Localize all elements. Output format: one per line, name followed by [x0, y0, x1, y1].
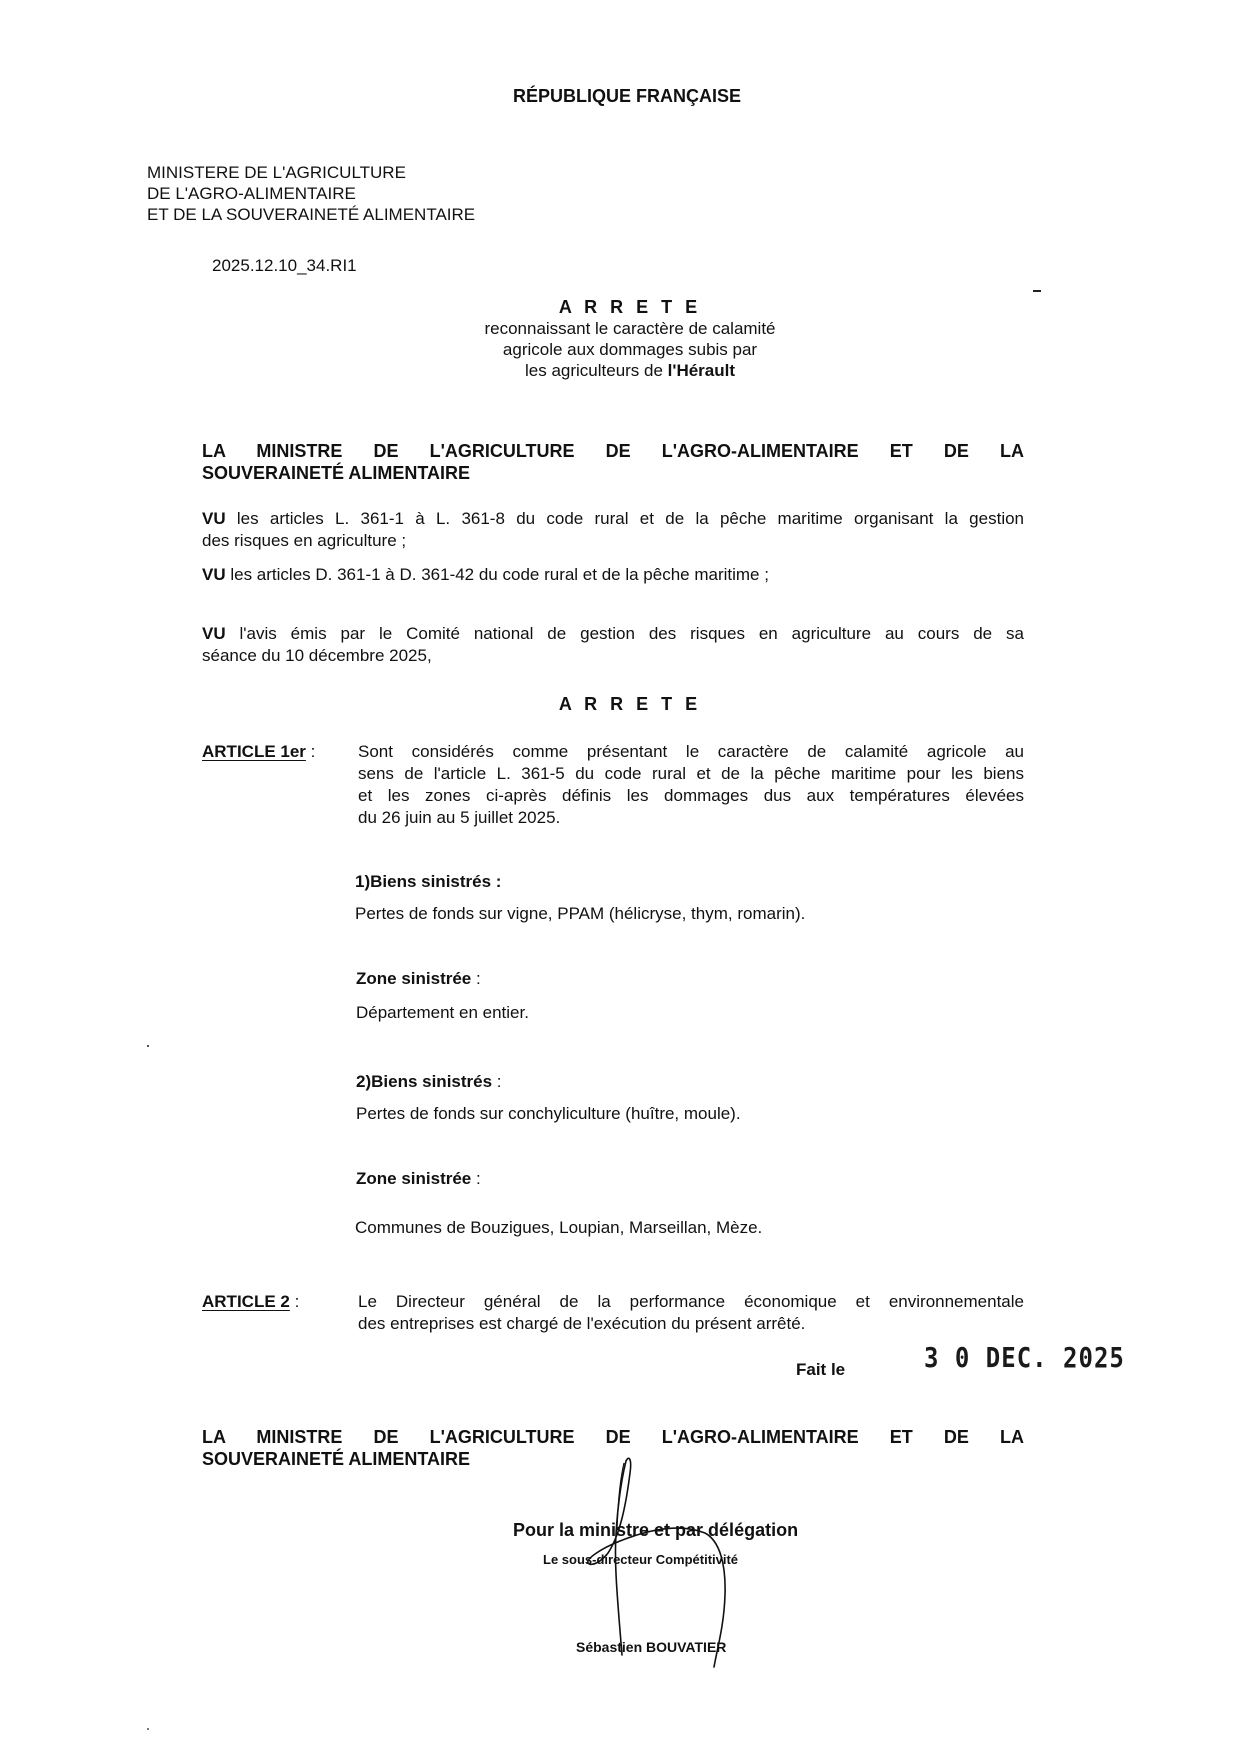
- fait-le-label: Fait le: [796, 1359, 845, 1381]
- visa-prefix: VU: [202, 509, 226, 528]
- ministry-line: MINISTERE DE L'AGRICULTURE: [147, 162, 475, 183]
- article-1-body: Sont considérés comme présentant le cara…: [358, 741, 1024, 829]
- section-2-biens-text: Pertes de fonds sur conchyliculture (huî…: [356, 1103, 741, 1125]
- article-1-line: du 26 juin au 5 juillet 2025.: [358, 807, 1024, 829]
- ministry-line: DE L'AGRO-ALIMENTAIRE: [147, 183, 475, 204]
- visa-1: VU les articles L. 361-1 à L. 361-8 du c…: [202, 508, 1024, 552]
- scan-dot: [147, 1045, 149, 1047]
- title-subtitle-prefix: les agriculteurs de: [525, 361, 668, 380]
- article-1-label: ARTICLE 1er :: [202, 741, 315, 763]
- zone-label-text: Zone sinistrée: [356, 969, 471, 988]
- section-1-biens-label: 1)Biens sinistrés :: [355, 871, 501, 893]
- section-1-biens-text: Pertes de fonds sur vigne, PPAM (hélicry…: [355, 903, 805, 925]
- title-subtitle-line: agricole aux dommages subis par: [430, 339, 830, 360]
- visa-text: l'avis émis par le Comité national de ge…: [226, 624, 1024, 643]
- visa-prefix: VU: [202, 565, 226, 584]
- article-1-line: Sont considérés comme présentant le cara…: [358, 741, 1024, 763]
- zone-colon: :: [471, 969, 480, 988]
- article-1-line: et les zones ci-après définis les dommag…: [358, 785, 1024, 807]
- section-1-zone-label: Zone sinistrée :: [356, 968, 481, 990]
- section-1-zone-text: Département en entier.: [356, 1002, 529, 1024]
- scan-mark: [1033, 290, 1041, 292]
- title-block: A R R E T E reconnaissant le caractère d…: [430, 297, 830, 381]
- visa-text: les articles L. 361-1 à L. 361-8 du code…: [226, 509, 1024, 528]
- article-colon: :: [290, 1292, 299, 1311]
- handwritten-signature: [560, 1455, 760, 1670]
- visa-text: les articles D. 361-1 à D. 361-42 du cod…: [226, 565, 769, 584]
- article-2-label-text: ARTICLE 2: [202, 1292, 290, 1311]
- date-stamp: 3 0 DEC. 2025: [924, 1342, 1125, 1374]
- visa-3: VU l'avis émis par le Comité national de…: [202, 623, 1024, 667]
- article-colon: :: [306, 742, 315, 761]
- article-2-label: ARTICLE 2 :: [202, 1291, 299, 1313]
- authority-heading: LA MINISTRE DE L'AGRICULTURE DE L'AGRO-A…: [202, 440, 1024, 484]
- section-2-zone-text: Communes de Bouzigues, Loupian, Marseill…: [355, 1217, 762, 1239]
- authority-line: LA MINISTRE DE L'AGRICULTURE DE L'AGRO-A…: [202, 440, 1024, 462]
- zone-label-text: Zone sinistrée: [356, 1169, 471, 1188]
- article-1-line: sens de l'article L. 361-5 du code rural…: [358, 763, 1024, 785]
- decision-heading: A R R E T E: [430, 694, 830, 715]
- biens-label-text: 2)Biens sinistrés: [356, 1072, 492, 1091]
- biens-colon: :: [492, 1072, 501, 1091]
- article-1-label-text: ARTICLE 1er: [202, 742, 306, 761]
- scan-dot: [147, 1728, 149, 1730]
- title-subtitle-line: reconnaissant le caractère de calamité: [430, 318, 830, 339]
- zone-colon: :: [471, 1169, 480, 1188]
- republic-text: RÉPUBLIQUE FRANÇAISE: [0, 86, 1236, 107]
- arrete-heading: A R R E T E: [430, 297, 830, 318]
- ministry-line: ET DE LA SOUVERAINETÉ ALIMENTAIRE: [147, 204, 475, 225]
- section-2-zone-label: Zone sinistrée :: [356, 1168, 481, 1190]
- authority-line: LA MINISTRE DE L'AGRICULTURE DE L'AGRO-A…: [202, 1426, 1024, 1448]
- department-name: l'Hérault: [668, 361, 735, 380]
- article-2-body: Le Directeur général de la performance é…: [358, 1291, 1024, 1335]
- visa-text: des risques en agriculture ;: [202, 530, 1024, 552]
- visa-2: VU les articles D. 361-1 à D. 361-42 du …: [202, 564, 1024, 586]
- ministry-block: MINISTERE DE L'AGRICULTURE DE L'AGRO-ALI…: [147, 162, 475, 225]
- republic-heading: RÉPUBLIQUE FRANÇAISE: [0, 86, 1236, 107]
- visa-prefix: VU: [202, 624, 226, 643]
- article-2-line: des entreprises est chargé de l'exécutio…: [358, 1313, 1024, 1335]
- visa-text: séance du 10 décembre 2025,: [202, 645, 1024, 667]
- article-2-line: Le Directeur général de la performance é…: [358, 1291, 1024, 1313]
- section-2-biens-label: 2)Biens sinistrés :: [356, 1071, 502, 1093]
- reference-number: 2025.12.10_34.RI1: [212, 256, 357, 276]
- authority-line: SOUVERAINETÉ ALIMENTAIRE: [202, 462, 1024, 484]
- title-subtitle-line: les agriculteurs de l'Hérault: [430, 360, 830, 381]
